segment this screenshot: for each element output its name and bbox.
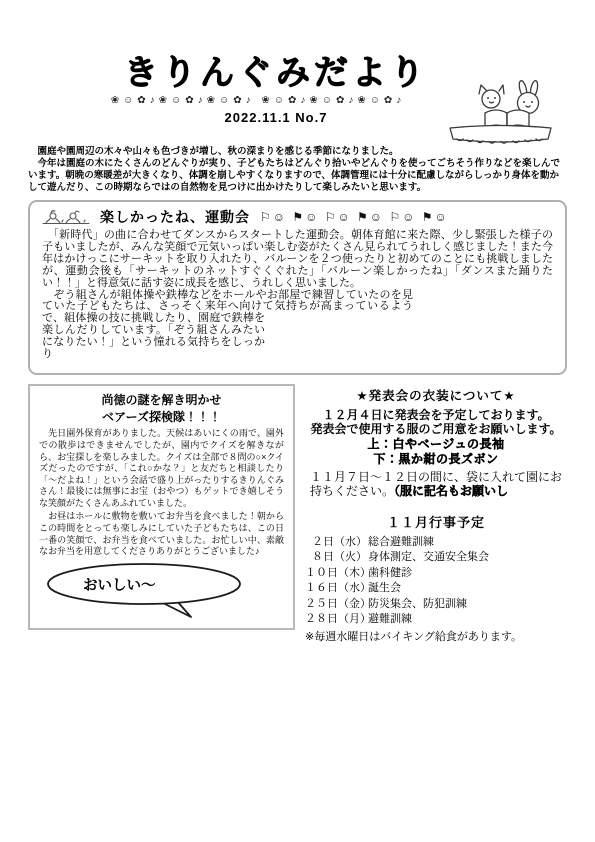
adventure-article-body: 先日園外保育がありました。天候はあいにくの雨で、園外での散歩はできませんでしたが… xyxy=(39,428,284,558)
costume-notice-title: ★発表会の衣装について★ xyxy=(310,386,562,404)
schedule-date: ２５日（金） xyxy=(305,597,367,613)
issue-date: 2022.11.1 No.7 xyxy=(76,110,476,125)
costume-note-bold: （服に記名もお願いし xyxy=(394,484,508,498)
speech-bubble-text: おいしい～ xyxy=(83,578,156,594)
tumbling-kids-icon xyxy=(42,209,90,226)
right-column: ★発表会の衣装について★ １２月４日に発表会を予定しております。 発表会で使用す… xyxy=(305,384,567,645)
costume-note: １１月７日～１２日の間に、袋に入れて園にお持ちください。（服に記名もお願いし xyxy=(310,470,562,499)
costume-top-item: 上：白やベージュの長袖 xyxy=(310,437,562,452)
doodle-divider-icons: ❀☺✿♪❀☺✿♪❀☺✿♪ ❀☺✿♪❀☺✿♪❀☺✿♪ xyxy=(58,95,458,106)
page-title: きりんぐみだより xyxy=(76,56,476,92)
flag-banner-icons: ⚐☺ ⚑☺ ⚐☺ ⚑☺ ⚐☺ ⚑☺ xyxy=(260,210,449,224)
adventure-paragraph-1: 先日園外保育がありました。天候はあいにくの雨で、園外での散歩はできませんでしたが… xyxy=(39,428,284,509)
schedule-date: １６日（水） xyxy=(305,581,367,597)
adventure-title-line1: 尚徳の謎を解き明かせ xyxy=(39,392,284,409)
sports-paragraph-1: 「新時代」の曲に合わせてダンスからスタートした運動会。朝体育館に来た際、少し緊張… xyxy=(42,230,553,290)
schedule-row: ２５日（金） 防災集会、防犯訓練 xyxy=(305,597,567,613)
intro-paragraph-2: 今年は園庭の木にたくさんのどんぐりが実り、子どもたちはどんぐり拾いやどんぐりを使… xyxy=(28,158,567,194)
costume-line-1: １２月４日に発表会を予定しております。 xyxy=(310,408,562,423)
costume-notice: ★発表会の衣装について★ １２月４日に発表会を予定しております。 発表会で使用す… xyxy=(310,386,562,499)
sports-article-header: 楽しかったね、運動会 ⚐☺ ⚑☺ ⚐☺ ⚑☺ ⚐☺ ⚑☺ xyxy=(42,207,553,227)
adventure-paragraph-2: お昼はホールに敷物を敷いてお弁当を食べました！朝からこの時間をとっても楽しみにし… xyxy=(39,511,284,557)
schedule-event: 誕生会 xyxy=(368,581,401,597)
masthead: きりんぐみだより ❀☺✿♪❀☺✿♪❀☺✿♪ ❀☺✿♪❀☺✿♪❀☺✿♪ 2022.… xyxy=(28,56,567,140)
adventure-article-box: 尚徳の謎を解き明かせ ベアーズ探検隊！！！ 先日園外保育がありました。天候はあい… xyxy=(28,384,295,630)
speech-bubble: おいしい～ xyxy=(41,562,284,620)
schedule-row: ２日（水） 総合避難訓練 xyxy=(305,535,567,551)
photo-whitespace-small xyxy=(413,290,553,315)
intro-paragraph-1: 園庭や園周辺の木々や山々も色づきが増し、秋の深まりを感じる季節になりました。 xyxy=(28,146,567,158)
schedule-event: 総合避難訓練 xyxy=(368,535,434,551)
november-schedule: １１月行事予定 ２日（水） 総合避難訓練 ８日（火） 身体測定、交通安全集会 １… xyxy=(305,512,567,645)
costume-line-2: 発表会で使用する服のご用意をお願いします。 xyxy=(310,422,562,437)
schedule-row: ８日（火） 身体測定、交通安全集会 xyxy=(305,550,567,566)
schedule-footnote: ※毎週水曜日はバイキング給食があります。 xyxy=(305,630,530,645)
schedule-title: １１月行事予定 xyxy=(305,512,567,531)
schedule-date: ８日（火） xyxy=(305,550,367,566)
schedule-row: ２８日（月） 避難訓練 xyxy=(305,612,567,628)
sports-article-title: 楽しかったね、運動会 xyxy=(100,207,250,227)
lower-columns: 尚徳の謎を解き明かせ ベアーズ探検隊！！！ 先日園外保育がありました。天候はあい… xyxy=(28,384,567,645)
costume-bottom-item: 下：黒か紺の長ズボン xyxy=(310,452,562,467)
sports-article-body: 「新時代」の曲に合わせてダンスからスタートした運動会。朝体育館に来た際、少し緊張… xyxy=(42,230,553,361)
newsletter-page: きりんぐみだより ❀☺✿♪❀☺✿♪❀☺✿♪ ❀☺✿♪❀☺✿♪❀☺✿♪ 2022.… xyxy=(0,0,595,842)
schedule-date: １０日（木） xyxy=(305,566,367,582)
schedule-date: ２日（水） xyxy=(305,535,367,551)
sports-day-article-box: 楽しかったね、運動会 ⚐☺ ⚑☺ ⚐☺ ⚑☺ ⚐☺ ⚑☺ 「新時代」の曲に合わせ… xyxy=(28,200,567,375)
schedule-event: 避難訓練 xyxy=(368,612,412,628)
schedule-row: １０日（木） 歯科健診 xyxy=(305,566,567,582)
intro-section: 園庭や園周辺の木々や山々も色づきが増し、秋の深まりを感じる季節になりました。 今… xyxy=(28,146,567,194)
photo-whitespace-large xyxy=(265,315,553,365)
schedule-row: １６日（水） 誕生会 xyxy=(305,581,567,597)
schedule-date: ２８日（月） xyxy=(305,612,367,628)
schedule-event: 防災集会、防犯訓練 xyxy=(368,597,467,613)
schedule-event: 歯科健診 xyxy=(368,566,412,582)
rabbit-and-cat-reading-icon xyxy=(437,80,565,144)
schedule-event: 身体測定、交通安全集会 xyxy=(368,550,489,566)
adventure-title-line2: ベアーズ探検隊！！！ xyxy=(39,409,284,426)
